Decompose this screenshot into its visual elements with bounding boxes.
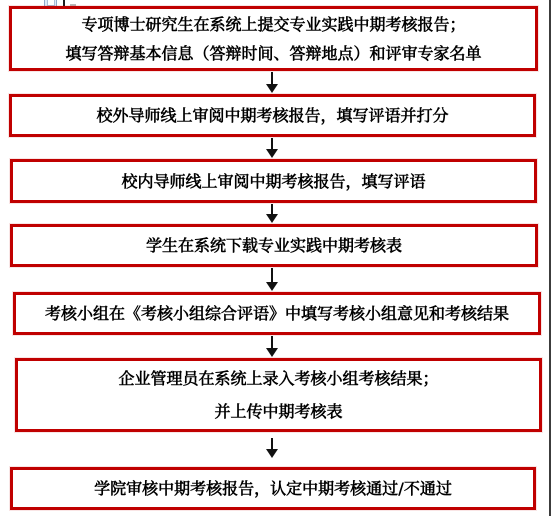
flow-step-5-line-1: 考核小组在《考核小组综合评语》中填写考核小组意见和考核结果 — [45, 299, 509, 328]
flow-step-7-line-1: 学院审核中期考核报告，认定中期考核通过/不通过 — [94, 474, 452, 503]
flow-arrow-5 — [265, 336, 279, 357]
flow-step-6-line-1: 企业管理员在系统上录入考核小组考核结果； — [118, 362, 438, 395]
flow-arrow-4 — [265, 268, 279, 291]
flow-step-4-line-1: 学生在系统下载专业实践中期考核表 — [146, 231, 402, 260]
flow-step-3: 校内导师线上审阅中期考核报告，填写评语 — [10, 159, 537, 203]
flow-step-2: 校外导师线上审阅中期考核报告，填写评语并打分 — [9, 94, 536, 137]
arrow-down-icon — [266, 214, 278, 223]
flow-step-1: 专项博士研究生在系统上提交专业实践中期考核报告； 填写答辩基本信息（答辩时间、答… — [9, 6, 538, 71]
flow-arrow-2 — [265, 138, 279, 158]
flow-step-1-line-1: 专项博士研究生在系统上提交专业实践中期考核报告； — [81, 10, 465, 39]
arrow-down-icon — [266, 348, 278, 357]
arrow-down-icon — [266, 449, 278, 458]
flow-arrow-3 — [265, 204, 279, 223]
flow-step-4: 学生在系统下载专业实践中期考核表 — [10, 224, 538, 267]
flow-step-6-line-2: 并上传中期考核表 — [214, 395, 342, 428]
flow-step-3-line-1: 校内导师线上审阅中期考核报告，填写评语 — [121, 167, 425, 196]
flow-step-1-line-2: 填写答辩基本信息（答辩时间、答辩地点）和评审专家名单 — [65, 39, 481, 68]
flow-arrow-1 — [265, 72, 279, 93]
page-edge-line — [549, 0, 551, 516]
flow-step-6: 企业管理员在系统上录入考核小组考核结果； 并上传中期考核表 — [15, 358, 542, 432]
flow-step-7: 学院审核中期考核报告，认定中期考核通过/不通过 — [10, 467, 536, 510]
flow-step-2-line-1: 校外导师线上审阅中期考核报告，填写评语并打分 — [96, 101, 448, 130]
flowchart-canvas: 专项博士研究生在系统上提交专业实践中期考核报告； 填写答辩基本信息（答辩时间、答… — [0, 0, 554, 516]
flow-arrow-6 — [265, 438, 279, 458]
flow-step-5: 考核小组在《考核小组综合评语》中填写考核小组意见和考核结果 — [13, 292, 541, 335]
arrow-down-icon — [266, 282, 278, 291]
arrow-down-icon — [266, 84, 278, 93]
arrow-down-icon — [266, 149, 278, 158]
